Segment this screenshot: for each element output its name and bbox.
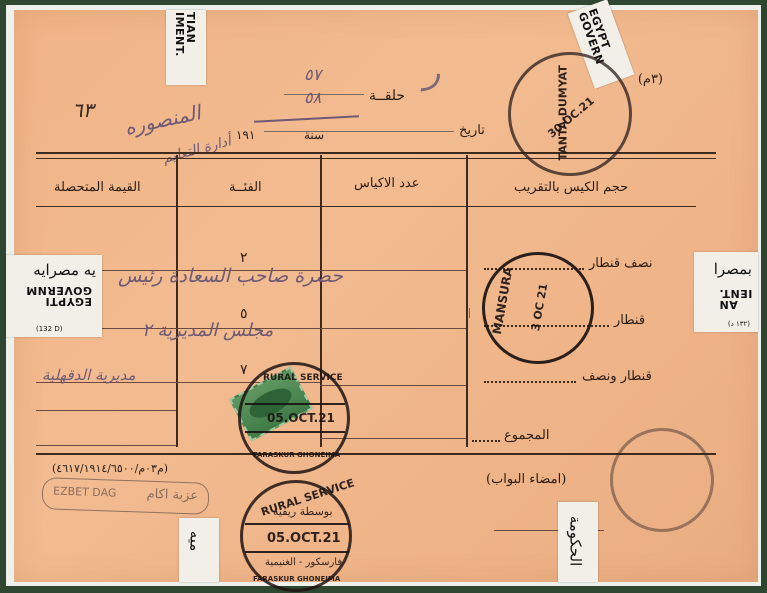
column-header-collected-value: القيمة المتحصلة [54, 180, 141, 195]
postmark-mansura: MANSURA 3 OC 21 [473, 243, 603, 373]
year-label: سنة [304, 128, 324, 142]
row-dots-total [472, 440, 500, 442]
handwritten-addressee-line-3: مديرية الدقهلية [42, 366, 136, 384]
handwritten-city: المنصوره [122, 100, 202, 139]
form-number: (٣م) [638, 72, 663, 87]
postal-form: (٣م) حلقــة تاريخ سنة ١٩١ ٥٧ ٥٨ ٦٣ المنص… [14, 10, 758, 582]
red-mark [469, 308, 470, 318]
handwritten-value-7: ٧ [240, 362, 248, 378]
table-bottom-rule [36, 453, 716, 455]
circuit-line [284, 94, 364, 95]
table-top-rule-2 [36, 158, 716, 159]
handwritten-number-top: ٥٧ [304, 65, 321, 84]
print-code: (م٠٣م/٤٦١٧/١٩١٤/٦٥٠٠) [52, 462, 168, 475]
row-rule-6 [320, 328, 466, 329]
handwritten-addressee-line-1: حضرة صاحب السعادة رئيس [118, 265, 343, 287]
label-top-left: TIAN IMENT. [166, 10, 206, 85]
date-line [264, 131, 454, 132]
label-bottom-center: الحكومة [558, 502, 598, 582]
cachet-english-text: EZBET DAG [53, 484, 117, 499]
handwritten-mark: ر [424, 52, 440, 92]
row-label-total: المجموع [504, 428, 549, 443]
postmark-tanta-dumyat: TANTA-DUMYAT 30.OC.21 [485, 29, 654, 198]
handwritten-underline [254, 115, 359, 122]
column-header-bag-size: حجم الكيس بالتقريب [514, 180, 628, 195]
year-prefix: ١٩١ [236, 128, 255, 142]
cachet-arabic-text: عزبة اكام [146, 487, 198, 504]
row-rule-7 [320, 385, 466, 386]
column-header-bag-count: عدد الاكياس [354, 176, 419, 191]
circuit-label: حلقــة [369, 88, 405, 104]
handwritten-addressee-line-2: مجلس المديرية ٢ [142, 320, 273, 341]
date-label: تاريخ [459, 123, 485, 138]
handwritten-value-2: ٢ [240, 250, 248, 266]
row-dots-qintar-and-half [484, 381, 576, 383]
table-header-rule [36, 206, 696, 207]
handwritten-department: أدارة التعليم [161, 133, 233, 167]
postmark-faint-right [610, 428, 714, 532]
column-divider-3 [466, 155, 468, 447]
row-label-qintar: قنطار [614, 313, 645, 328]
boxed-cachet: EZBET DAG عزبة اكام [41, 477, 209, 515]
postmark-rural-service-on-stamp: RURAL SERVICE 05.OCT.21 FARASKUR GHONEIM… [238, 362, 350, 474]
row-rule-4 [36, 410, 176, 411]
column-header-rate: الفئــة [229, 180, 262, 195]
label-bottom-left: ميه [179, 518, 219, 582]
handwritten-ref-number: ٦٣ [72, 98, 93, 122]
row-rule-9 [36, 445, 176, 446]
row-label-half-qintar: نصف قنطار [589, 256, 653, 271]
signature-label: (امضاء البواب) [486, 472, 566, 487]
handwritten-number-bottom: ٥٨ [304, 88, 321, 107]
postmark-rural-service: RURAL SERVICE بوسطة ريفية 05.OCT.21 فارس… [240, 480, 352, 592]
label-right: بمصرا AN IENT. (١٣٢ د) [694, 252, 758, 332]
column-divider-1 [176, 155, 178, 447]
label-left: يه مصرايه EGYPTI GOVERNM (132 D) [6, 255, 102, 337]
row-label-qintar-and-half: قنطار ونصف [582, 369, 652, 384]
